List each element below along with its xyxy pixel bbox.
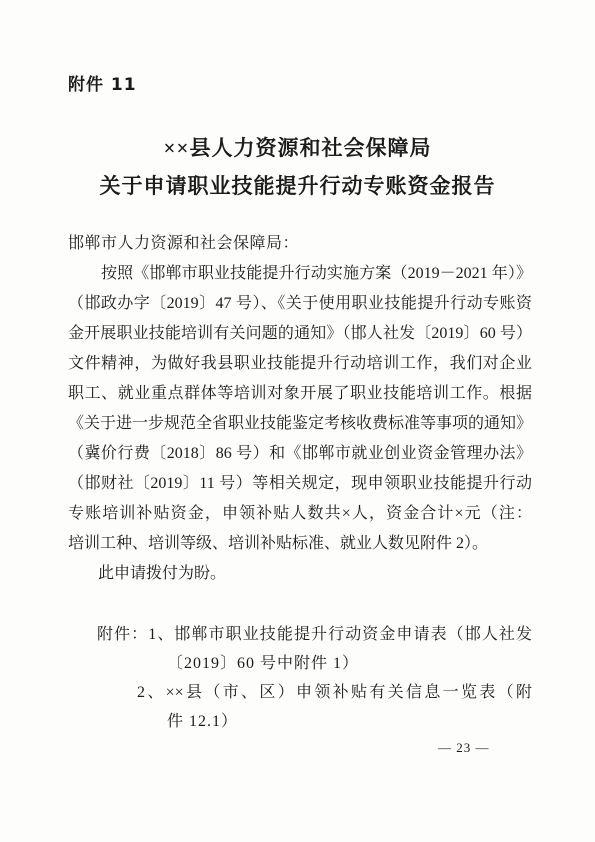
- paragraph-line: （邯政办字〔2019〕47 号）、《关于使用职业技能提升行动专账资: [68, 289, 532, 319]
- page-number: — 23 —: [438, 740, 490, 755]
- document-title: ××县人力资源和社会保障局 关于申请职业技能提升行动专账资金报告: [40, 129, 555, 205]
- document-title-line-1: ××县人力资源和社会保障局: [40, 129, 555, 167]
- paragraph-line: 金开展职业技能培训有关问题的通知》（邯人社发〔2019〕60 号）: [68, 319, 532, 349]
- paragraph-line: 按照《邯郸市职业技能提升行动实施方案（2019－2021 年）》: [68, 259, 532, 289]
- document-title-line-2: 关于申请职业技能提升行动专账资金报告: [40, 167, 555, 205]
- paragraph-line: 职工、就业重点群体等培训对象开展了职业技能培训工作。根据: [68, 379, 532, 409]
- document-page: 附件 11 ××县人力资源和社会保障局 关于申请职业技能提升行动专账资金报告 邯…: [0, 0, 595, 842]
- document-body: 邯郸市人力资源和社会保障局： 按照《邯郸市职业技能提升行动实施方案（2019－2…: [68, 229, 532, 589]
- paragraph-line: 文件精神，为做好我县职业技能提升行动培训工作，我们对企业: [68, 349, 532, 379]
- closing-line: 此申请拨付为盼。: [68, 559, 532, 589]
- paragraph-line: 专账培训补贴资金，申领补贴人数共×人，资金合计×元（注：: [68, 499, 532, 529]
- attachment-item-2-line-2: 件 12.1）: [97, 707, 532, 736]
- attachment-list: 附件：1、邯郸市职业技能提升行动资金申请表（邯人社发 〔2019〕60 号中附件…: [97, 620, 532, 736]
- paragraph-line: （冀价行费〔2018〕86 号）和《邯郸市就业创业资金管理办法》: [68, 439, 532, 469]
- attachment-item-1-line-1: 附件：1、邯郸市职业技能提升行动资金申请表（邯人社发: [97, 620, 532, 649]
- paragraph-line: 《关于进一步规范全省职业技能鉴定考核收费标准等事项的通知》: [68, 409, 532, 439]
- attachment-tag: 附件 11: [68, 72, 137, 98]
- attachment-item-1-line-2: 〔2019〕60 号中附件 1）: [97, 649, 532, 678]
- paragraph-line: （邯财社〔2019〕11 号）等相关规定，现申领职业技能提升行动: [68, 469, 532, 499]
- attachment-item-2-line-1: 2、××县（市、区）申领补贴有关信息一览表（附: [97, 678, 532, 707]
- salutation-line: 邯郸市人力资源和社会保障局：: [68, 229, 532, 259]
- paragraph-line: 培训工种、培训等级、培训补贴标准、就业人数见附件 2）。: [68, 529, 532, 559]
